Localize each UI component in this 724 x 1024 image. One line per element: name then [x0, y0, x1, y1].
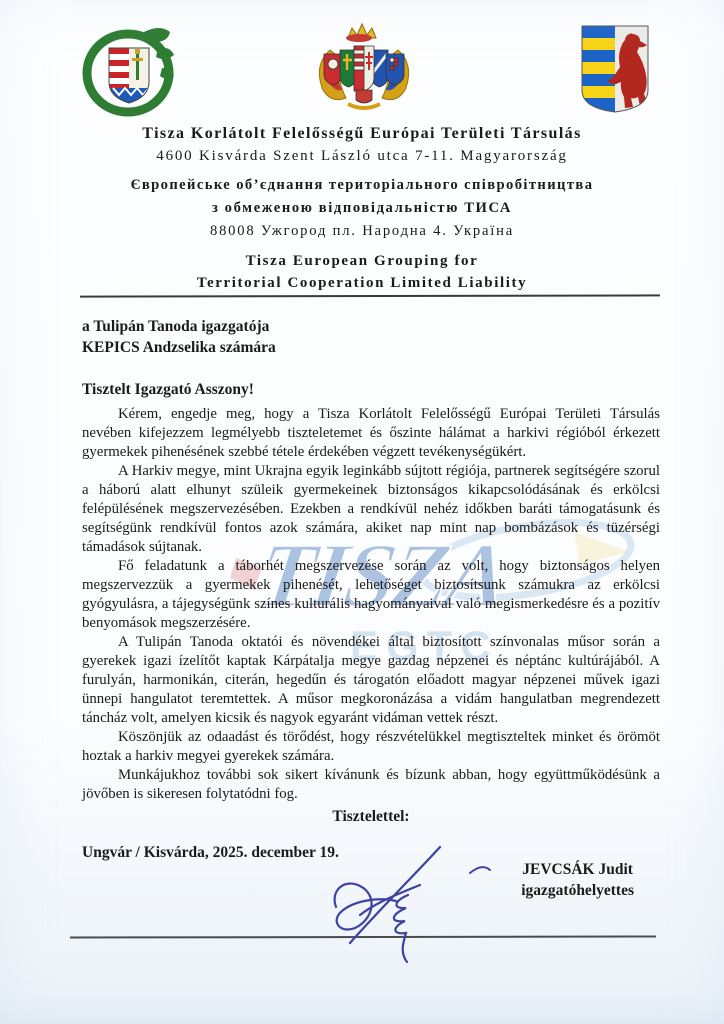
handwritten-signature	[320, 845, 492, 965]
header-separator-line	[80, 294, 660, 297]
closing-regards: Tisztelettel:	[82, 808, 660, 826]
org-name-ukrainian-line2: з обмеженою відповідальністю ТИСА	[0, 198, 724, 218]
kisvarda-dragon-crest-icon	[78, 22, 182, 118]
letter-body: a Tulipán Tanoda igazgatója KEPICS Andzs…	[82, 316, 660, 901]
letterhead: Tisza Korlátolt Felelősségű Európai Terü…	[0, 124, 724, 293]
paragraph-2: A Harkiv megye, mint Ukrajna egyik legin…	[82, 462, 660, 557]
paragraph-3: Fő feladatunk a táborhét megszervezése s…	[82, 557, 660, 633]
date-place: Ungvár / Kisvárda, 2025. december 19.	[82, 844, 339, 862]
org-name-english-line2: Territorial Cooperation Limited Liabilit…	[0, 273, 724, 293]
recipient-line1: a Tulipán Tanoda igazgatója	[82, 316, 660, 337]
org-name-hungarian: Tisza Korlátolt Felelősségű Európai Terü…	[0, 124, 724, 144]
paragraph-4: A Tulipán Tanoda oktatói és növendékei á…	[82, 633, 660, 728]
org-name-ukrainian-line1: Європейське об’єднання територіального с…	[0, 175, 724, 195]
paragraphs: Kérem, engedje meg, hogy a Tisza Korláto…	[82, 405, 660, 804]
recipient-block: a Tulipán Tanoda igazgatója KEPICS Andzs…	[82, 316, 660, 358]
salutation: Tisztelt Igazgató Asszony!	[82, 381, 660, 399]
county-composite-coat-of-arms-icon	[308, 16, 420, 118]
recipient-line2: KEPICS Andzselika számára	[82, 337, 660, 358]
paragraph-6: Munkájukhoz további sok sikert kívánunk …	[82, 766, 660, 804]
org-address-hungarian: 4600 Kisvárda Szent László utca 7-11. Ma…	[0, 146, 724, 166]
org-name-english-line1: Tisza European Grouping for	[0, 251, 724, 271]
signer-title: igazgatóhelyettes	[521, 880, 634, 901]
signer-name: JEVCSÁK Judit	[521, 859, 634, 880]
signer-block: JEVCSÁK Judit igazgatóhelyettes	[521, 859, 634, 901]
org-address-ukrainian: 88008 Ужгород пл. Народна 4. Україна	[0, 221, 724, 241]
scanned-letter-page: TISZA EGTC	[0, 0, 724, 1024]
paragraph-1: Kérem, engedje meg, hogy a Tisza Korláto…	[82, 405, 660, 462]
zakarpattia-bear-crest-icon	[572, 22, 658, 118]
paragraph-5: Köszönjük az odaadást és törődést, hogy …	[82, 728, 660, 766]
